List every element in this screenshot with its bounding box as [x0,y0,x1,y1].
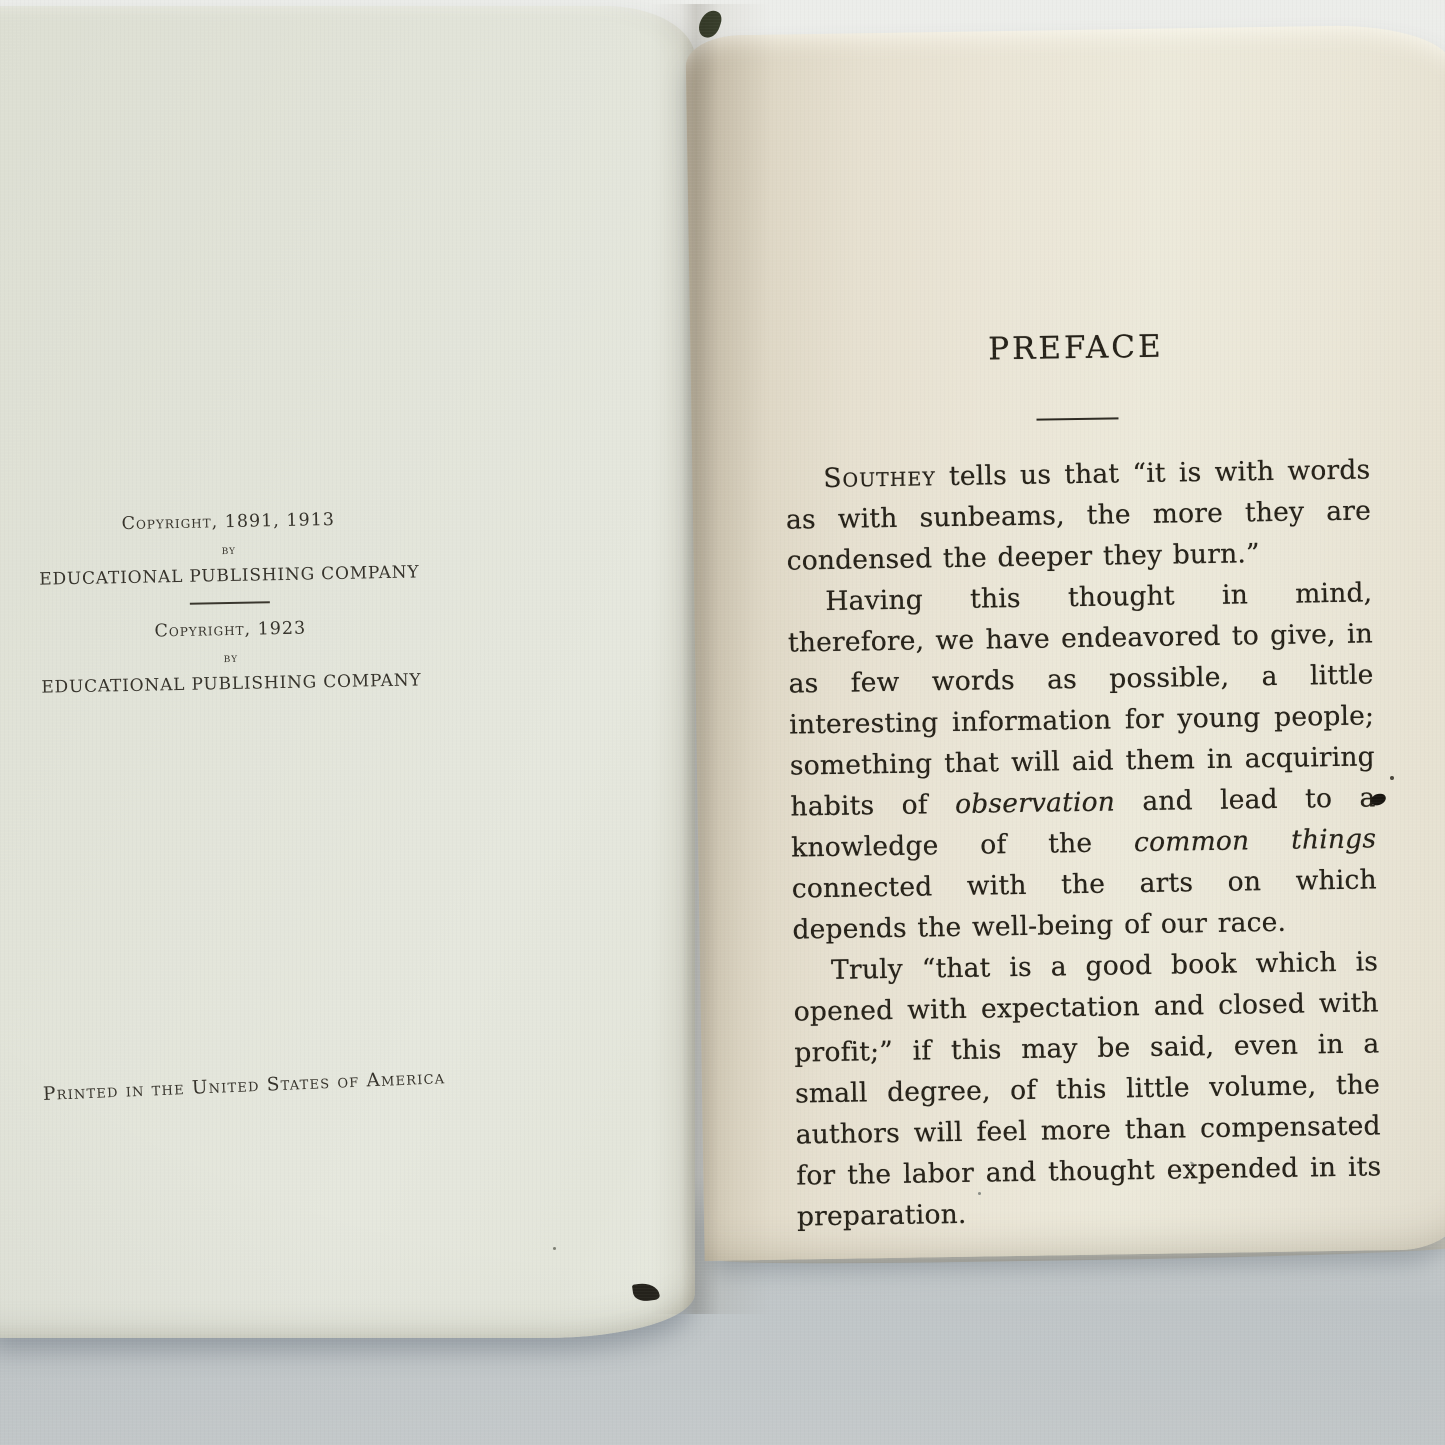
preface-title: PREFACE [783,325,1368,370]
copyright-line-2: Copyright, 1923 [15,616,445,644]
dust-speck [978,1192,981,1195]
copyright-block: Copyright, 1891, 1913 by EDUCATIONAL PUB… [13,508,447,714]
paragraph-2-italic-1: observation [955,786,1115,820]
copyright-line-1: Copyright, 1891, 1913 [13,508,443,536]
left-page: Copyright, 1891, 1913 by EDUCATIONAL PUB… [0,6,695,1338]
paragraph-lead-word: Southey [823,461,936,494]
paragraph-2-italic-2: common things [1134,823,1377,858]
by-line-2: by [16,646,446,670]
preface-body: Southey tells us that “it is with words … [785,449,1382,1237]
binding-speck-top [696,8,724,41]
ink-speck [1390,776,1394,780]
by-line-1: by [14,538,444,562]
preface-paragraph-2: Having this thought in mind, therefore, … [787,572,1378,950]
dust-speck [553,1247,556,1250]
publisher-line-1: EDUCATIONAL PUBLISHING COMPANY [14,562,444,590]
publisher-line-2: EDUCATIONAL PUBLISHING COMPANY [16,670,446,698]
preface-paragraph-1: Southey tells us that “it is with words … [785,449,1372,581]
paragraph-3-text: Truly “that is a good book which is open… [794,946,1382,1232]
preface-title-rule [1036,417,1118,420]
right-page: PREFACE Southey tells us that “it is wit… [685,24,1445,1261]
preface-paragraph-3: Truly “that is a good book which is open… [793,941,1382,1237]
copyright-divider-rule [190,601,270,605]
printed-in-usa-line: Printed in the United States of America [43,1067,446,1105]
paragraph-2-text-3: connected with the arts on which depends… [792,864,1377,945]
open-book-photo: Copyright, 1891, 1913 by EDUCATIONAL PUB… [0,0,1445,1445]
